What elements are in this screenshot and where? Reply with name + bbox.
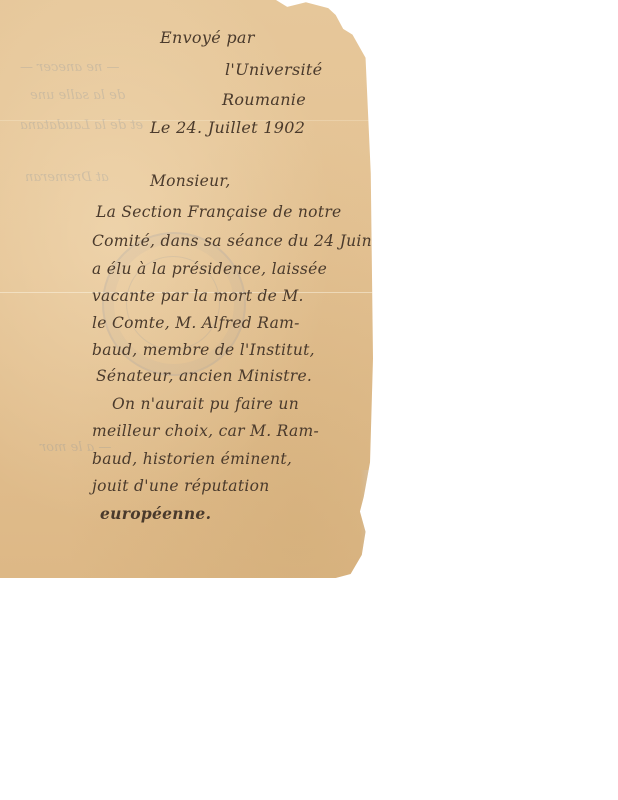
body-line: meilleur choix, car M. Ram- bbox=[92, 422, 319, 440]
ink-bleed-through: et de la Laudatana bbox=[20, 118, 143, 133]
body-line: baud, membre de l'Institut, bbox=[92, 341, 315, 359]
body-line: La Section Française de notre bbox=[96, 203, 342, 221]
body-line: On n'aurait pu faire un bbox=[112, 395, 299, 413]
letter-date: Le 24. Juillet 1902 bbox=[150, 118, 305, 137]
body-line: vacante par la mort de M. bbox=[92, 287, 304, 305]
body-line: a élu à la présidence, laissée bbox=[92, 260, 327, 278]
body-line: européenne. bbox=[100, 504, 211, 523]
header-line-3: Roumanie bbox=[222, 90, 306, 109]
body-line: Sénateur, ancien Ministre. bbox=[96, 367, 312, 385]
paper-edge-shadow bbox=[360, 470, 374, 578]
ink-bleed-through: — ne anecer — bbox=[20, 60, 119, 75]
ink-bleed-through: de la salle une bbox=[30, 88, 125, 103]
body-line: le Comte, M. Alfred Ram- bbox=[92, 314, 300, 332]
salutation: Monsieur, bbox=[150, 172, 231, 190]
letter-page: — ne anecer — de la salle une et de la L… bbox=[0, 0, 373, 578]
ink-bleed-through: at Dremeran bbox=[25, 170, 109, 185]
body-line: baud, historien éminent, bbox=[92, 450, 292, 468]
body-line: jouit d'une réputation bbox=[92, 477, 270, 495]
body-line: Comité, dans sa séance du 24 Juin bbox=[92, 232, 372, 250]
header-line-2: l'Université bbox=[225, 60, 322, 79]
header-line-1: Envoyé par bbox=[160, 28, 255, 47]
